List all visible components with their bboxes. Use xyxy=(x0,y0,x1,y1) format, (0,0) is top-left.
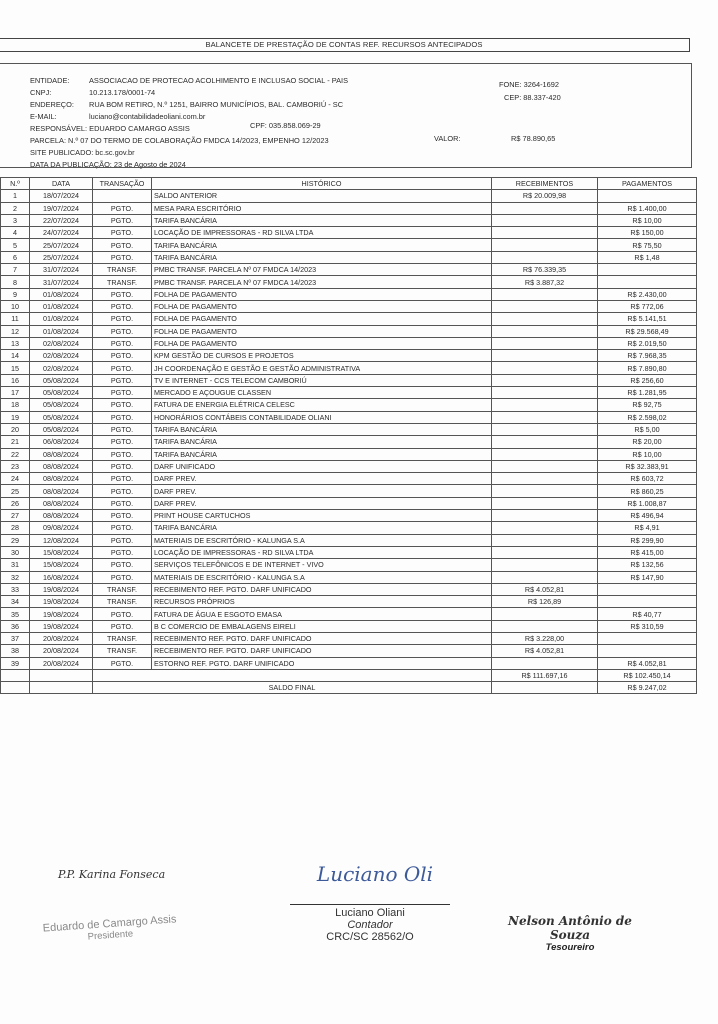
row-payment: R$ 132,56 xyxy=(598,559,697,571)
endereco-label: ENDEREÇO: xyxy=(30,100,89,109)
row-payment xyxy=(598,276,697,288)
row-payment: R$ 7.890,80 xyxy=(598,362,697,374)
row-receipt xyxy=(492,411,598,423)
row-number: 23 xyxy=(1,460,30,472)
row-transaction: PGTO. xyxy=(93,534,152,546)
row-date: 01/08/2024 xyxy=(30,300,93,312)
header-numero: N.º xyxy=(1,178,30,190)
table-row: 901/08/2024PGTO.FOLHA DE PAGAMENTOR$ 2.4… xyxy=(1,288,697,300)
row-history: LOCAÇÃO DE IMPRESSORAS - RD SILVA LTDA xyxy=(152,227,492,239)
row-transaction: PGTO. xyxy=(93,657,152,669)
info-separator xyxy=(0,167,692,168)
row-transaction: PGTO. xyxy=(93,559,152,571)
row-payment: R$ 10,00 xyxy=(598,214,697,226)
row-receipt xyxy=(492,423,598,435)
table-row: 1302/08/2024PGTO.FOLHA DE PAGAMENTOR$ 2.… xyxy=(1,337,697,349)
row-transaction: PGTO. xyxy=(93,325,152,337)
totals-empty-num xyxy=(1,669,30,681)
row-history: TARIFA BANCÁRIA xyxy=(152,522,492,534)
table-row: 322/07/2024PGTO.TARIFA BANCÁRIAR$ 10,00 xyxy=(1,214,697,226)
row-history: ESTORNO REF. PGTO. DARF UNIFICADO xyxy=(152,657,492,669)
row-transaction xyxy=(93,190,152,202)
table-row: 2308/08/2024PGTO.DARF UNIFICADOR$ 32.383… xyxy=(1,460,697,472)
row-date: 06/08/2024 xyxy=(30,436,93,448)
row-number: 36 xyxy=(1,620,30,632)
row-number: 11 xyxy=(1,313,30,325)
row-history: TARIFA BANCÁRIA xyxy=(152,239,492,251)
row-payment xyxy=(598,632,697,644)
row-history: FOLHA DE PAGAMENTO xyxy=(152,313,492,325)
cnpj-label: CNPJ: xyxy=(30,88,89,97)
row-transaction: PGTO. xyxy=(93,350,152,362)
row-payment: R$ 150,00 xyxy=(598,227,697,239)
row-payment: R$ 29.568,49 xyxy=(598,325,697,337)
row-transaction: PGTO. xyxy=(93,436,152,448)
row-payment: R$ 603,72 xyxy=(598,473,697,485)
row-receipt: R$ 76.339,35 xyxy=(492,264,598,276)
row-payment xyxy=(598,190,697,202)
row-receipt xyxy=(492,485,598,497)
row-number: 13 xyxy=(1,337,30,349)
contador-registry: CRC/SC 28562/O xyxy=(290,931,450,943)
row-payment: R$ 5,00 xyxy=(598,423,697,435)
row-date: 02/08/2024 xyxy=(30,362,93,374)
row-history: RECURSOS PRÓPRIOS xyxy=(152,596,492,608)
row-transaction: PGTO. xyxy=(93,497,152,509)
presidente-block: Eduardo de Camargo Assis Presidente xyxy=(39,913,180,946)
cpf: CPF: 035.858.069-29 xyxy=(250,121,321,130)
row-history: FOLHA DE PAGAMENTO xyxy=(152,337,492,349)
row-payment: R$ 496,94 xyxy=(598,510,697,522)
row-date: 25/07/2024 xyxy=(30,239,93,251)
row-date: 09/08/2024 xyxy=(30,522,93,534)
row-date: 05/08/2024 xyxy=(30,411,93,423)
total-recebimentos: R$ 111.697,16 xyxy=(492,669,598,681)
row-history: DARF UNIFICADO xyxy=(152,460,492,472)
contador-block: Luciano Oliani Contador CRC/SC 28562/O xyxy=(290,907,450,943)
table-row: 118/07/2024SALDO ANTERIORR$ 20.009,98 xyxy=(1,190,697,202)
row-receipt xyxy=(492,546,598,558)
row-number: 32 xyxy=(1,571,30,583)
row-number: 35 xyxy=(1,608,30,620)
table-row: 2106/08/2024PGTO.TARIFA BANCÁRIAR$ 20,00 xyxy=(1,436,697,448)
contador-handwritten-signature: Luciano Oli xyxy=(300,862,450,886)
tesoureiro-name: Nelson Antônio de Souza xyxy=(490,914,650,942)
table-row: 831/07/2024TRANSF.PMBC TRANSF. PARCELA N… xyxy=(1,276,697,288)
row-payment: R$ 5.141,51 xyxy=(598,313,697,325)
row-receipt xyxy=(492,608,598,620)
row-receipt xyxy=(492,325,598,337)
row-transaction: PGTO. xyxy=(93,571,152,583)
endereco-row: ENDEREÇO:RUA BOM RETIRO, N.º 1251, BAIRR… xyxy=(30,100,343,109)
row-date: 20/08/2024 xyxy=(30,632,93,644)
row-history: TV E INTERNET - CCS TELECOM CAMBORIÚ xyxy=(152,374,492,386)
row-receipt: R$ 4.052,81 xyxy=(492,583,598,595)
row-receipt xyxy=(492,522,598,534)
email-row: E-MAIL:luciano@contabilidadeoliani.com.b… xyxy=(30,112,205,121)
row-receipt xyxy=(492,313,598,325)
row-date: 05/08/2024 xyxy=(30,423,93,435)
row-number: 34 xyxy=(1,596,30,608)
row-transaction: PGTO. xyxy=(93,288,152,300)
table-row: 219/07/2024PGTO.MESA PARA ESCRITÓRIOR$ 1… xyxy=(1,202,697,214)
row-date: 08/08/2024 xyxy=(30,510,93,522)
parcela: PARCELA: N.º 07 DO TERMO DE COLABORAÇÃO … xyxy=(30,136,329,145)
row-date: 20/08/2024 xyxy=(30,657,93,669)
row-history: DARF PREV. xyxy=(152,497,492,509)
fone: FONE: 3264-1692 xyxy=(499,80,559,89)
row-number: 9 xyxy=(1,288,30,300)
row-payment: R$ 2.430,00 xyxy=(598,288,697,300)
row-payment: R$ 1.281,95 xyxy=(598,387,697,399)
row-history: RECEBIMENTO REF. PGTO. DARF UNIFICADO xyxy=(152,632,492,644)
header-transacao: TRANSAÇÃO xyxy=(93,178,152,190)
row-transaction: PGTO. xyxy=(93,448,152,460)
site-publicado: SITE PUBLICADO: bc.sc.gov.br xyxy=(30,148,135,157)
table-row: 2408/08/2024PGTO.DARF PREV.R$ 603,72 xyxy=(1,473,697,485)
row-date: 19/07/2024 xyxy=(30,202,93,214)
row-number: 12 xyxy=(1,325,30,337)
row-number: 25 xyxy=(1,485,30,497)
row-date: 20/08/2024 xyxy=(30,645,93,657)
row-history: TARIFA BANCÁRIA xyxy=(152,423,492,435)
row-transaction: PGTO. xyxy=(93,227,152,239)
row-date: 31/07/2024 xyxy=(30,276,93,288)
email-label: E-MAIL: xyxy=(30,112,89,121)
row-receipt xyxy=(492,300,598,312)
row-receipt xyxy=(492,571,598,583)
table-row: 525/07/2024PGTO.TARIFA BANCÁRIAR$ 75,50 xyxy=(1,239,697,251)
row-number: 20 xyxy=(1,423,30,435)
row-receipt xyxy=(492,387,598,399)
row-number: 5 xyxy=(1,239,30,251)
row-receipt xyxy=(492,473,598,485)
row-date: 31/07/2024 xyxy=(30,264,93,276)
row-receipt xyxy=(492,288,598,300)
row-receipt xyxy=(492,620,598,632)
saldo-empty-rec xyxy=(492,682,598,694)
table-row: 2708/08/2024PGTO.PRINT HOUSE CARTUCHOSR$… xyxy=(1,510,697,522)
row-date: 18/07/2024 xyxy=(30,190,93,202)
table-row: 1905/08/2024PGTO.HONORÁRIOS CONTÁBEIS CO… xyxy=(1,411,697,423)
table-row: 2912/08/2024PGTO.MATERIAIS DE ESCRITÓRIO… xyxy=(1,534,697,546)
row-transaction: PGTO. xyxy=(93,510,152,522)
row-transaction: PGTO. xyxy=(93,522,152,534)
row-payment: R$ 2.019,50 xyxy=(598,337,697,349)
tesoureiro-block: Nelson Antônio de Souza Tesoureiro xyxy=(490,914,650,953)
row-history: PMBC TRANSF. PARCELA Nº 07 FMDCA 14/2023 xyxy=(152,264,492,276)
row-number: 29 xyxy=(1,534,30,546)
row-payment: R$ 310,59 xyxy=(598,620,697,632)
row-number: 19 xyxy=(1,411,30,423)
saldo-final-label: SALDO FINAL xyxy=(93,682,492,694)
row-receipt xyxy=(492,362,598,374)
row-date: 05/08/2024 xyxy=(30,387,93,399)
row-receipt xyxy=(492,239,598,251)
row-receipt: R$ 3.228,00 xyxy=(492,632,598,644)
row-number: 37 xyxy=(1,632,30,644)
saldo-empty-date xyxy=(30,682,93,694)
row-number: 7 xyxy=(1,264,30,276)
row-receipt: R$ 3.887,32 xyxy=(492,276,598,288)
table-row: 1001/08/2024PGTO.FOLHA DE PAGAMENTOR$ 77… xyxy=(1,300,697,312)
row-number: 39 xyxy=(1,657,30,669)
row-payment xyxy=(598,583,697,595)
row-transaction: TRANSF. xyxy=(93,276,152,288)
table-row: 2608/08/2024PGTO.DARF PREV.R$ 1.008,87 xyxy=(1,497,697,509)
responsavel: RESPONSÁVEL: EDUARDO CAMARGO ASSIS xyxy=(30,124,190,133)
row-payment: R$ 4.052,81 xyxy=(598,657,697,669)
row-payment: R$ 860,25 xyxy=(598,485,697,497)
row-transaction: TRANSF. xyxy=(93,645,152,657)
ledger-body: 118/07/2024SALDO ANTERIORR$ 20.009,98219… xyxy=(1,190,697,670)
row-history: FATURA DE ÁGUA E ESGOTO EMASA xyxy=(152,608,492,620)
cep: CEP: 88.337-420 xyxy=(504,93,561,102)
row-date: 02/08/2024 xyxy=(30,337,93,349)
row-transaction: PGTO. xyxy=(93,362,152,374)
row-payment: R$ 1,48 xyxy=(598,251,697,263)
row-date: 01/08/2024 xyxy=(30,288,93,300)
row-transaction: TRANSF. xyxy=(93,264,152,276)
row-number: 10 xyxy=(1,300,30,312)
row-receipt xyxy=(492,227,598,239)
row-date: 08/08/2024 xyxy=(30,473,93,485)
row-payment: R$ 20,00 xyxy=(598,436,697,448)
table-row: 1201/08/2024PGTO.FOLHA DE PAGAMENTOR$ 29… xyxy=(1,325,697,337)
row-number: 16 xyxy=(1,374,30,386)
table-row: 3920/08/2024PGTO.ESTORNO REF. PGTO. DARF… xyxy=(1,657,697,669)
row-payment: R$ 75,50 xyxy=(598,239,697,251)
row-payment: R$ 7.968,35 xyxy=(598,350,697,362)
row-date: 01/08/2024 xyxy=(30,313,93,325)
row-date: 08/08/2024 xyxy=(30,485,93,497)
entidade-value: ASSOCIACAO DE PROTECAO ACOLHIMENTO E INC… xyxy=(89,76,348,85)
row-date: 19/08/2024 xyxy=(30,596,93,608)
row-history: RECEBIMENTO REF. PGTO. DARF UNIFICADO xyxy=(152,583,492,595)
row-receipt xyxy=(492,559,598,571)
row-transaction: TRANSF. xyxy=(93,583,152,595)
row-number: 31 xyxy=(1,559,30,571)
valor-value: R$ 78.890,65 xyxy=(511,134,555,143)
table-row: 3619/08/2024PGTO.B C COMERCIO DE EMBALAG… xyxy=(1,620,697,632)
document-title: BALANCETE DE PRESTAÇÃO DE CONTAS REF. RE… xyxy=(0,38,690,52)
row-history: MATERIAIS DE ESCRITÓRIO - KALUNGA S.A xyxy=(152,534,492,546)
row-date: 08/08/2024 xyxy=(30,460,93,472)
row-payment: R$ 299,90 xyxy=(598,534,697,546)
row-receipt xyxy=(492,214,598,226)
row-date: 25/07/2024 xyxy=(30,251,93,263)
row-history: PRINT HOUSE CARTUCHOS xyxy=(152,510,492,522)
row-transaction: PGTO. xyxy=(93,251,152,263)
row-number: 18 xyxy=(1,399,30,411)
row-history: HONORÁRIOS CONTÁBEIS CONTABILIDADE OLIAN… xyxy=(152,411,492,423)
row-transaction: PGTO. xyxy=(93,423,152,435)
row-number: 17 xyxy=(1,387,30,399)
row-receipt xyxy=(492,350,598,362)
row-transaction: PGTO. xyxy=(93,608,152,620)
row-transaction: PGTO. xyxy=(93,620,152,632)
presidente-handwritten-signature: P.P. Karina Fonseca xyxy=(58,868,165,881)
row-history: JH COORDENAÇÃO E GESTÃO E GESTÃO ADMINIS… xyxy=(152,362,492,374)
row-receipt xyxy=(492,436,598,448)
entity-info-box: ENTIDADE:ASSOCIACAO DE PROTECAO ACOLHIME… xyxy=(0,63,692,168)
row-payment: R$ 415,00 xyxy=(598,546,697,558)
totals-empty-date xyxy=(30,669,93,681)
row-receipt xyxy=(492,448,598,460)
contador-signature-line xyxy=(290,904,450,905)
row-payment: R$ 147,90 xyxy=(598,571,697,583)
entidade-row: ENTIDADE:ASSOCIACAO DE PROTECAO ACOLHIME… xyxy=(30,76,348,85)
header-data: DATA xyxy=(30,178,93,190)
row-date: 16/08/2024 xyxy=(30,571,93,583)
row-history: SERVIÇOS TELEFÔNICOS E DE INTERNET - VIV… xyxy=(152,559,492,571)
row-transaction: PGTO. xyxy=(93,473,152,485)
table-row: 3419/08/2024TRANSF.RECURSOS PRÓPRIOSR$ 1… xyxy=(1,596,697,608)
table-row: 1402/08/2024PGTO.KPM GESTÃO DE CURSOS E … xyxy=(1,350,697,362)
table-row: 2809/08/2024PGTO.TARIFA BANCÁRIAR$ 4,91 xyxy=(1,522,697,534)
row-history: B C COMERCIO DE EMBALAGENS EIRELI xyxy=(152,620,492,632)
saldo-empty-num xyxy=(1,682,30,694)
row-history: RECEBIMENTO REF. PGTO. DARF UNIFICADO xyxy=(152,645,492,657)
row-history: TARIFA BANCÁRIA xyxy=(152,436,492,448)
row-number: 8 xyxy=(1,276,30,288)
row-history: FOLHA DE PAGAMENTO xyxy=(152,325,492,337)
row-receipt xyxy=(492,534,598,546)
table-header-row: N.º DATA TRANSAÇÃO HISTÓRICO RECEBIMENTO… xyxy=(1,178,697,190)
row-number: 38 xyxy=(1,645,30,657)
row-receipt xyxy=(492,374,598,386)
total-pagamentos: R$ 102.450,14 xyxy=(598,669,697,681)
row-history: DARF PREV. xyxy=(152,473,492,485)
saldo-final-row: SALDO FINAL R$ 9.247,02 xyxy=(1,682,697,694)
table-row: 3216/08/2024PGTO.MATERIAIS DE ESCRITÓRIO… xyxy=(1,571,697,583)
row-transaction: PGTO. xyxy=(93,460,152,472)
row-number: 6 xyxy=(1,251,30,263)
row-payment: R$ 4,91 xyxy=(598,522,697,534)
row-receipt xyxy=(492,510,598,522)
table-row: 3319/08/2024TRANSF.RECEBIMENTO REF. PGTO… xyxy=(1,583,697,595)
header-pagamentos: PAGAMENTOS xyxy=(598,178,697,190)
row-number: 2 xyxy=(1,202,30,214)
row-date: 08/08/2024 xyxy=(30,448,93,460)
row-transaction: PGTO. xyxy=(93,300,152,312)
row-transaction: TRANSF. xyxy=(93,596,152,608)
row-payment: R$ 92,75 xyxy=(598,399,697,411)
row-number: 3 xyxy=(1,214,30,226)
table-row: 424/07/2024PGTO.LOCAÇÃO DE IMPRESSORAS -… xyxy=(1,227,697,239)
row-payment: R$ 1.400,00 xyxy=(598,202,697,214)
row-date: 19/08/2024 xyxy=(30,608,93,620)
row-history: SALDO ANTERIOR xyxy=(152,190,492,202)
table-row: 3820/08/2024TRANSF.RECEBIMENTO REF. PGTO… xyxy=(1,645,697,657)
row-payment: R$ 32.383,91 xyxy=(598,460,697,472)
contador-role: Contador xyxy=(290,919,450,931)
row-transaction: PGTO. xyxy=(93,202,152,214)
table-row: 1705/08/2024PGTO.MERCADO E AÇOUGUE CLASS… xyxy=(1,387,697,399)
row-transaction: PGTO. xyxy=(93,399,152,411)
email-value[interactable]: luciano@contabilidadeoliani.com.br xyxy=(89,112,205,121)
contador-name: Luciano Oliani xyxy=(290,907,450,919)
row-history: TARIFA BANCÁRIA xyxy=(152,251,492,263)
row-receipt xyxy=(492,460,598,472)
table-row: 1605/08/2024PGTO.TV E INTERNET - CCS TEL… xyxy=(1,374,697,386)
row-history: DARF PREV. xyxy=(152,485,492,497)
row-transaction: PGTO. xyxy=(93,374,152,386)
row-payment: R$ 40,77 xyxy=(598,608,697,620)
saldo-final-value: R$ 9.247,02 xyxy=(598,682,697,694)
row-history: KPM GESTÃO DE CURSOS E PROJETOS xyxy=(152,350,492,362)
row-date: 24/07/2024 xyxy=(30,227,93,239)
row-date: 05/08/2024 xyxy=(30,374,93,386)
row-history: TARIFA BANCÁRIA xyxy=(152,214,492,226)
row-number: 14 xyxy=(1,350,30,362)
row-transaction: TRANSF. xyxy=(93,632,152,644)
row-history: FOLHA DE PAGAMENTO xyxy=(152,288,492,300)
row-number: 4 xyxy=(1,227,30,239)
row-date: 05/08/2024 xyxy=(30,399,93,411)
row-payment xyxy=(598,264,697,276)
totals-empty-hist xyxy=(93,669,492,681)
row-receipt: R$ 20.009,98 xyxy=(492,190,598,202)
row-transaction: PGTO. xyxy=(93,387,152,399)
entidade-label: ENTIDADE: xyxy=(30,76,89,85)
table-row: 1805/08/2024PGTO.FATURA DE ENERGIA ELÉTR… xyxy=(1,399,697,411)
row-date: 22/07/2024 xyxy=(30,214,93,226)
row-number: 30 xyxy=(1,546,30,558)
table-row: 2005/08/2024PGTO.TARIFA BANCÁRIAR$ 5,00 xyxy=(1,423,697,435)
row-payment: R$ 1.008,87 xyxy=(598,497,697,509)
row-history: MERCADO E AÇOUGUE CLASSEN xyxy=(152,387,492,399)
row-date: 08/08/2024 xyxy=(30,497,93,509)
row-number: 27 xyxy=(1,510,30,522)
row-receipt xyxy=(492,497,598,509)
row-receipt xyxy=(492,202,598,214)
row-history: LOCAÇÃO DE IMPRESSORAS - RD SILVA LTDA xyxy=(152,546,492,558)
row-receipt: R$ 4.052,81 xyxy=(492,645,598,657)
table-row: 625/07/2024PGTO.TARIFA BANCÁRIAR$ 1,48 xyxy=(1,251,697,263)
table-row: 3720/08/2024TRANSF.RECEBIMENTO REF. PGTO… xyxy=(1,632,697,644)
table-row: 2208/08/2024PGTO.TARIFA BANCÁRIAR$ 10,00 xyxy=(1,448,697,460)
row-date: 02/08/2024 xyxy=(30,350,93,362)
row-date: 15/08/2024 xyxy=(30,559,93,571)
row-payment: R$ 10,00 xyxy=(598,448,697,460)
row-number: 24 xyxy=(1,473,30,485)
totals-row: R$ 111.697,16 R$ 102.450,14 xyxy=(1,669,697,681)
row-payment: R$ 2.598,02 xyxy=(598,411,697,423)
row-date: 19/08/2024 xyxy=(30,620,93,632)
row-payment: R$ 256,60 xyxy=(598,374,697,386)
row-number: 26 xyxy=(1,497,30,509)
row-transaction: PGTO. xyxy=(93,411,152,423)
row-date: 19/08/2024 xyxy=(30,583,93,595)
table-row: 731/07/2024TRANSF.PMBC TRANSF. PARCELA N… xyxy=(1,264,697,276)
tesoureiro-role: Tesoureiro xyxy=(490,942,650,953)
row-transaction: PGTO. xyxy=(93,546,152,558)
table-row: 3519/08/2024PGTO.FATURA DE ÁGUA E ESGOTO… xyxy=(1,608,697,620)
row-payment: R$ 772,06 xyxy=(598,300,697,312)
row-number: 21 xyxy=(1,436,30,448)
row-history: FATURA DE ENERGIA ELÉTRICA CELESC xyxy=(152,399,492,411)
row-history: FOLHA DE PAGAMENTO xyxy=(152,300,492,312)
header-historico: HISTÓRICO xyxy=(152,178,492,190)
row-history: PMBC TRANSF. PARCELA Nº 07 FMDCA 14/2023 xyxy=(152,276,492,288)
ledger-table: N.º DATA TRANSAÇÃO HISTÓRICO RECEBIMENTO… xyxy=(0,177,697,694)
row-transaction: PGTO. xyxy=(93,485,152,497)
endereco-value: RUA BOM RETIRO, N.º 1251, BAIRRO MUNICÍP… xyxy=(89,100,343,109)
row-payment xyxy=(598,596,697,608)
row-payment xyxy=(598,645,697,657)
valor-label: VALOR: xyxy=(434,134,461,143)
